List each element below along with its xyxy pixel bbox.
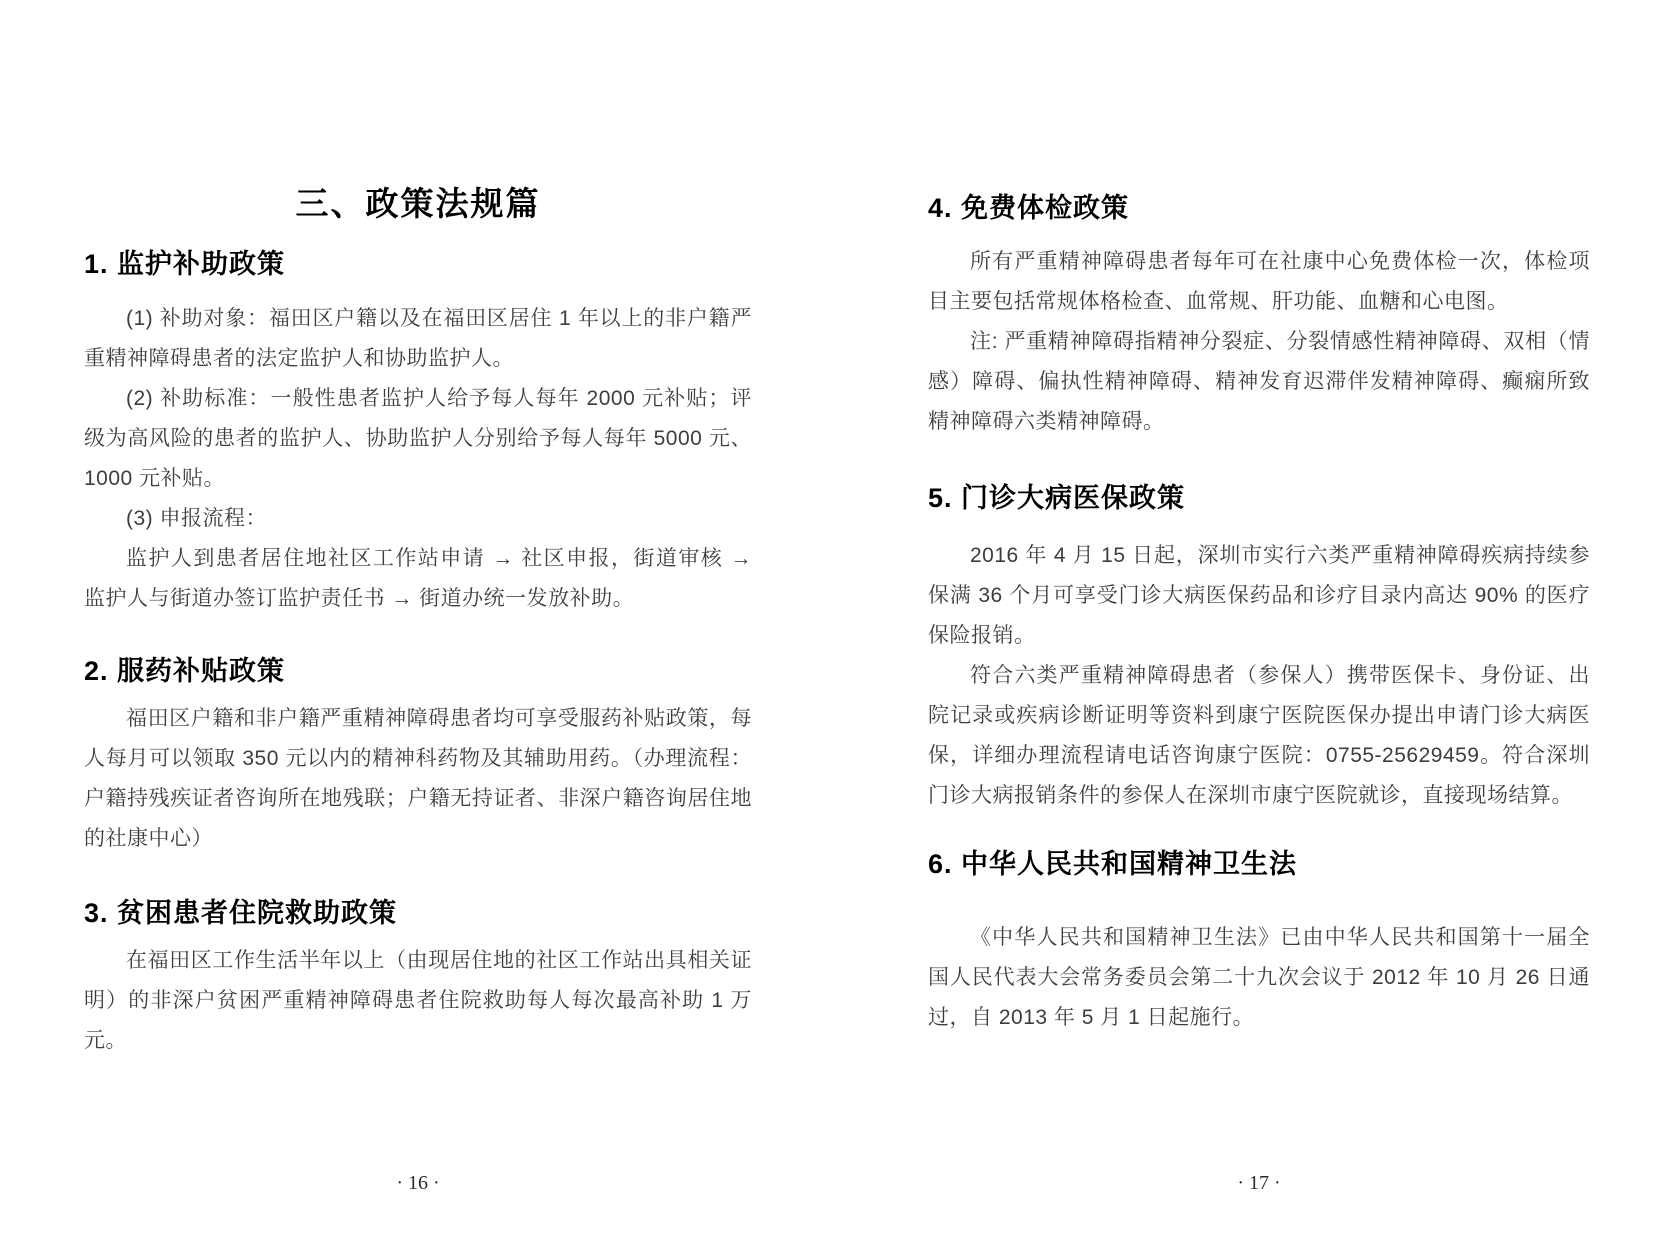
- right-page: 4. 免费体检政策 所有严重精神障碍患者每年可在社康中心免费体检一次，体检项目主…: [928, 0, 1590, 1038]
- paragraph: 监护人到患者居住地社区工作站申请 → 社区申报，街道审核 → 监护人与街道办签订…: [84, 539, 752, 619]
- page-number-left: · 16 ·: [84, 1172, 752, 1195]
- paragraph: 所有严重精神障碍患者每年可在社康中心免费体检一次，体检项目主要包括常规体格检查、…: [928, 242, 1590, 322]
- section-body: 2016 年 4 月 15 日起，深圳市实行六类严重精神障碍疾病持续参保满 36…: [928, 536, 1590, 816]
- book-spread: 三、政策法规篇 1. 监护补助政策 (1) 补助对象：福田区户籍以及在福田区居住…: [0, 0, 1677, 1240]
- paragraph: 在福田区工作生活半年以上（由现居住地的社区工作站出具相关证明）的非深户贫困严重精…: [84, 941, 752, 1061]
- paragraph: (1) 补助对象：福田区户籍以及在福田区居住 1 年以上的非户籍严重精神障碍患者…: [84, 299, 752, 379]
- section-heading-mental-health-law: 6. 中华人民共和国精神卫生法: [928, 848, 1590, 880]
- section-body: 所有严重精神障碍患者每年可在社康中心免费体检一次，体检项目主要包括常规体格检查、…: [928, 242, 1590, 442]
- paragraph: (2) 补助标准：一般性患者监护人给予每人每年 2000 元补贴；评级为高风险的…: [84, 379, 752, 499]
- section-body: 在福田区工作生活半年以上（由现居住地的社区工作站出具相关证明）的非深户贫困严重精…: [84, 941, 752, 1061]
- section-heading-outpatient-insurance: 5. 门诊大病医保政策: [928, 482, 1590, 514]
- page-number-right: · 17 ·: [928, 1172, 1590, 1195]
- section-body: (1) 补助对象：福田区户籍以及在福田区居住 1 年以上的非户籍严重精神障碍患者…: [84, 299, 752, 619]
- paragraph: 2016 年 4 月 15 日起，深圳市实行六类严重精神障碍疾病持续参保满 36…: [928, 536, 1590, 656]
- section-body: 《中华人民共和国精神卫生法》已由中华人民共和国第十一届全国人民代表大会常务委员会…: [928, 918, 1590, 1038]
- section-heading-hospitalization-aid: 3. 贫困患者住院救助政策: [84, 897, 752, 929]
- chapter-title: 三、政策法规篇: [84, 185, 752, 223]
- left-page: 三、政策法规篇 1. 监护补助政策 (1) 补助对象：福田区户籍以及在福田区居住…: [84, 0, 752, 1061]
- section-heading-medication-subsidy: 2. 服药补贴政策: [84, 655, 752, 687]
- section-heading-guardianship-subsidy: 1. 监护补助政策: [84, 248, 752, 280]
- paragraph: (3) 申报流程：: [84, 499, 752, 539]
- paragraph: 注: 严重精神障碍指精神分裂症、分裂情感性精神障碍、双相（情感）障碍、偏执性精神…: [928, 322, 1590, 442]
- paragraph: 福田区户籍和非户籍严重精神障碍患者均可享受服药补贴政策，每人每月可以领取 350…: [84, 699, 752, 859]
- paragraph: 符合六类严重精神障碍患者（参保人）携带医保卡、身份证、出院记录或疾病诊断证明等资…: [928, 656, 1590, 816]
- section-heading-free-checkup: 4. 免费体检政策: [928, 192, 1590, 224]
- section-body: 福田区户籍和非户籍严重精神障碍患者均可享受服药补贴政策，每人每月可以领取 350…: [84, 699, 752, 859]
- paragraph: 《中华人民共和国精神卫生法》已由中华人民共和国第十一届全国人民代表大会常务委员会…: [928, 918, 1590, 1038]
